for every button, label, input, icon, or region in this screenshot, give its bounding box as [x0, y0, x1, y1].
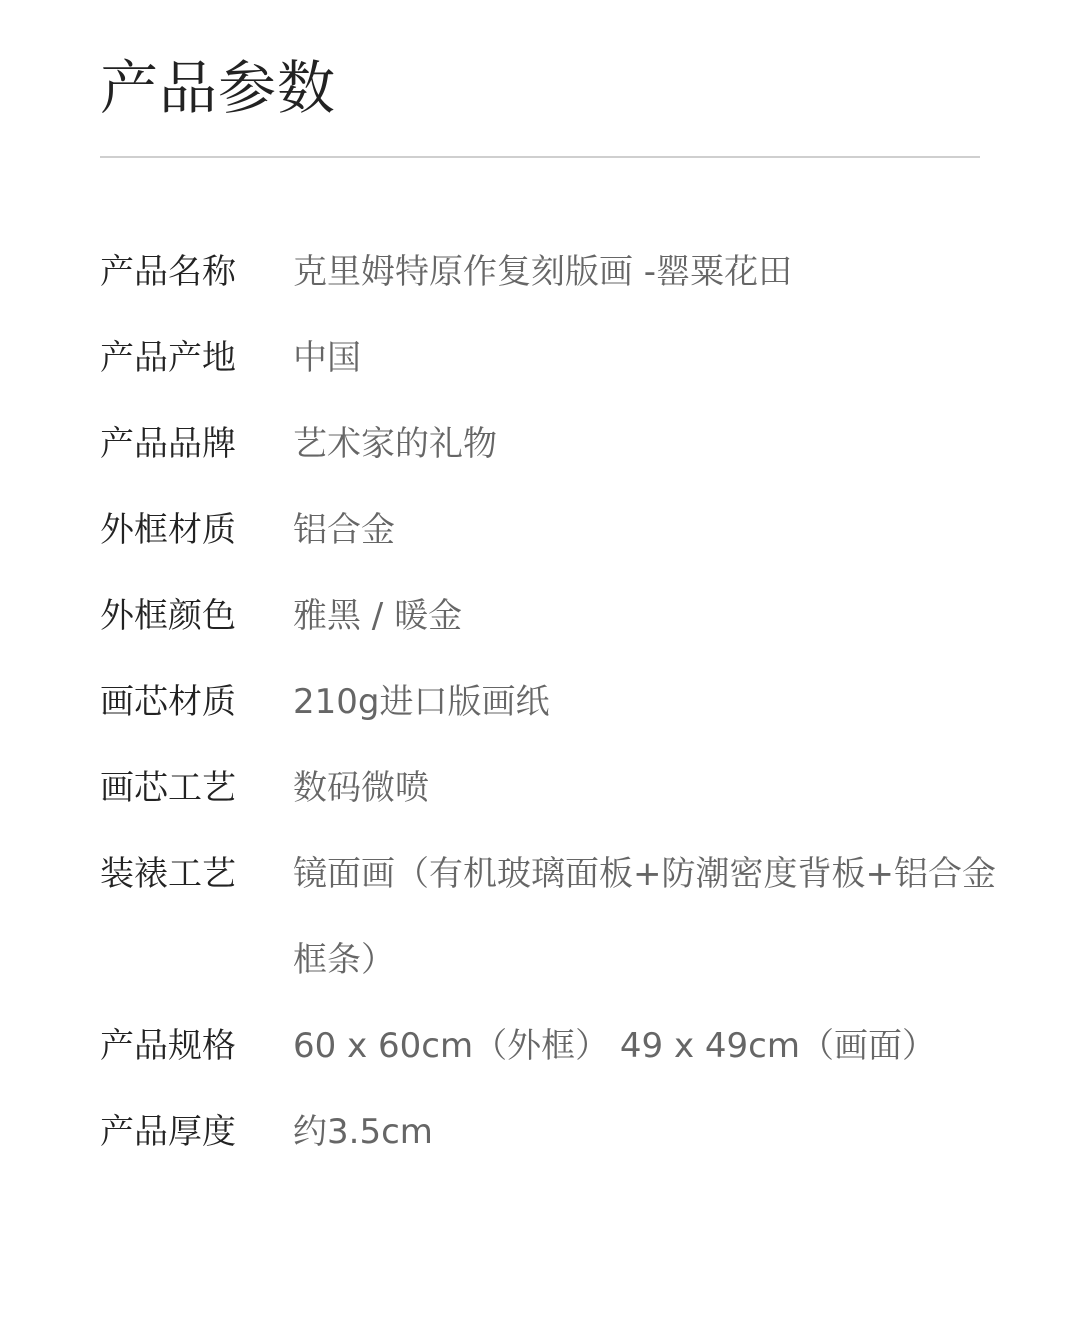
spec-label: 产品品牌	[100, 401, 293, 487]
page-title: 产品参数	[100, 52, 336, 124]
spec-row-origin: 产品产地 中国	[100, 315, 1000, 401]
spec-label: 产品规格	[100, 1003, 293, 1089]
spec-row-core-craft: 画芯工艺 数码微喷	[100, 745, 1000, 831]
spec-label: 外框材质	[100, 487, 293, 573]
spec-row-core-material: 画芯材质 210g进口版画纸	[100, 659, 1000, 745]
spec-row-brand: 产品品牌 艺术家的礼物	[100, 401, 1000, 487]
spec-value: 镜面画（有机玻璃面板+防潮密度背板+铝合金框条）	[293, 831, 1000, 1003]
spec-label: 产品产地	[100, 315, 293, 401]
spec-label: 画芯材质	[100, 659, 293, 745]
spec-value: 中国	[293, 315, 1000, 401]
spec-row-size: 产品规格 60 x 60cm（外框） 49 x 49cm（画面）	[100, 1003, 1000, 1089]
title-divider	[100, 156, 980, 158]
spec-row-frame-color: 外框颜色 雅黑 / 暖金	[100, 573, 1000, 659]
spec-table: 产品名称 克里姆特原作复刻版画 -罂粟花田 产品产地 中国 产品品牌 艺术家的礼…	[100, 229, 1000, 1175]
spec-value: 克里姆特原作复刻版画 -罂粟花田	[293, 229, 1000, 315]
spec-row-frame-material: 外框材质 铝合金	[100, 487, 1000, 573]
spec-label: 产品名称	[100, 229, 293, 315]
spec-row-mounting: 装裱工艺 镜面画（有机玻璃面板+防潮密度背板+铝合金框条）	[100, 831, 1000, 1003]
spec-label: 画芯工艺	[100, 745, 293, 831]
spec-value: 60 x 60cm（外框） 49 x 49cm（画面）	[293, 1003, 1000, 1089]
spec-label: 外框颜色	[100, 573, 293, 659]
spec-label: 产品厚度	[100, 1089, 293, 1175]
spec-value: 雅黑 / 暖金	[293, 573, 1000, 659]
spec-value: 铝合金	[293, 487, 1000, 573]
spec-value: 210g进口版画纸	[293, 659, 1000, 745]
spec-value: 艺术家的礼物	[293, 401, 1000, 487]
spec-value: 约3.5cm	[293, 1089, 1000, 1175]
spec-value: 数码微喷	[293, 745, 1000, 831]
spec-row-name: 产品名称 克里姆特原作复刻版画 -罂粟花田	[100, 229, 1000, 315]
spec-label: 装裱工艺	[100, 831, 293, 917]
spec-row-thickness: 产品厚度 约3.5cm	[100, 1089, 1000, 1175]
